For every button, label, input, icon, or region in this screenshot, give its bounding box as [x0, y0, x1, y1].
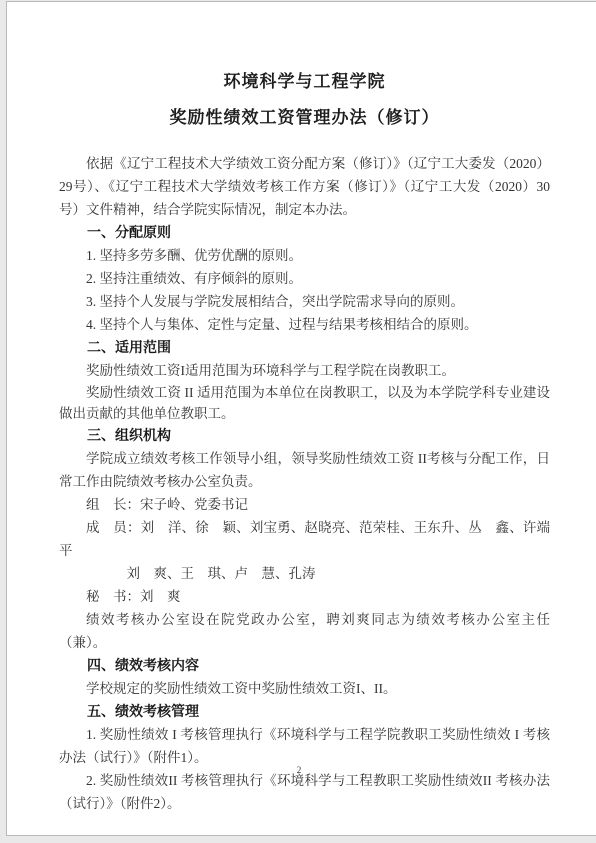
page-number: 2	[7, 766, 591, 776]
section-heading-4: 四、绩效考核内容	[59, 654, 550, 677]
paragraph: 1. 奖励性绩效 I 考核管理执行《环境科学与工程学院教职工奖励性绩效 I 考核…	[59, 723, 550, 769]
group-leader-line: 组 长：宋子岭、党委书记	[59, 493, 550, 516]
title-block: 环境科学与工程学院 奖励性绩效工资管理办法（修订）	[59, 64, 550, 136]
paragraph: 4. 坚持个人与集体、定性与定量、过程与结果考核相结合的原则。	[59, 313, 550, 336]
intro-paragraph: 依据《辽宁工程技术大学绩效工资分配方案（修订）》（辽宁工大委发（2020）29号…	[59, 152, 550, 221]
members-line-1: 成 员：刘 洋、徐 颖、刘宝勇、赵晓亮、范荣桂、王东升、丛 鑫、许端平	[59, 516, 550, 562]
paragraph: 绩效考核办公室设在院党政办公室，聘刘爽同志为绩效考核办公室主任（兼）。	[59, 608, 550, 654]
paragraph: 奖励性绩效工资 II 适用范围为本单位在岗教职工，以及为本学院学科专业建设做出贡…	[59, 382, 550, 424]
page-content: 环境科学与工程学院 奖励性绩效工资管理办法（修订） 依据《辽宁工程技术大学绩效工…	[7, 2, 596, 815]
section-heading-2: 二、适用范围	[59, 336, 550, 359]
section-heading-1: 一、分配原则	[59, 221, 550, 244]
document-viewport: 环境科学与工程学院 奖励性绩效工资管理办法（修订） 依据《辽宁工程技术大学绩效工…	[0, 0, 596, 843]
paragraph: 3. 坚持个人发展与学院发展相结合，突出学院需求导向的原则。	[59, 290, 550, 313]
paragraph: 1. 坚持多劳多酬、优劳优酬的原则。	[59, 244, 550, 267]
members-line-2: 刘 爽、王 琪、卢 慧、孔涛	[59, 562, 550, 585]
paragraph: 2. 坚持注重绩效、有序倾斜的原则。	[59, 267, 550, 290]
secretary-line: 秘 书：刘 爽	[59, 585, 550, 608]
section-heading-5: 五、绩效考核管理	[59, 700, 550, 723]
paragraph: 学校规定的奖励性绩效工资中奖励性绩效工资I、II。	[59, 677, 550, 700]
paragraph: 奖励性绩效工资I适用范围为环境科学与工程学院在岗教职工。	[59, 359, 550, 382]
doc-title-line1: 环境科学与工程学院	[59, 64, 550, 100]
paragraph: 学院成立绩效考核工作领导小组，领导奖励性绩效工资 II考核与分配工作，日常工作由…	[59, 447, 550, 493]
document-body: 依据《辽宁工程技术大学绩效工资分配方案（修订）》（辽宁工大委发（2020）29号…	[59, 152, 550, 815]
document-page: 环境科学与工程学院 奖励性绩效工资管理办法（修订） 依据《辽宁工程技术大学绩效工…	[6, 1, 596, 836]
doc-title-line2: 奖励性绩效工资管理办法（修订）	[59, 100, 550, 136]
section-heading-3: 三、组织机构	[59, 424, 550, 447]
